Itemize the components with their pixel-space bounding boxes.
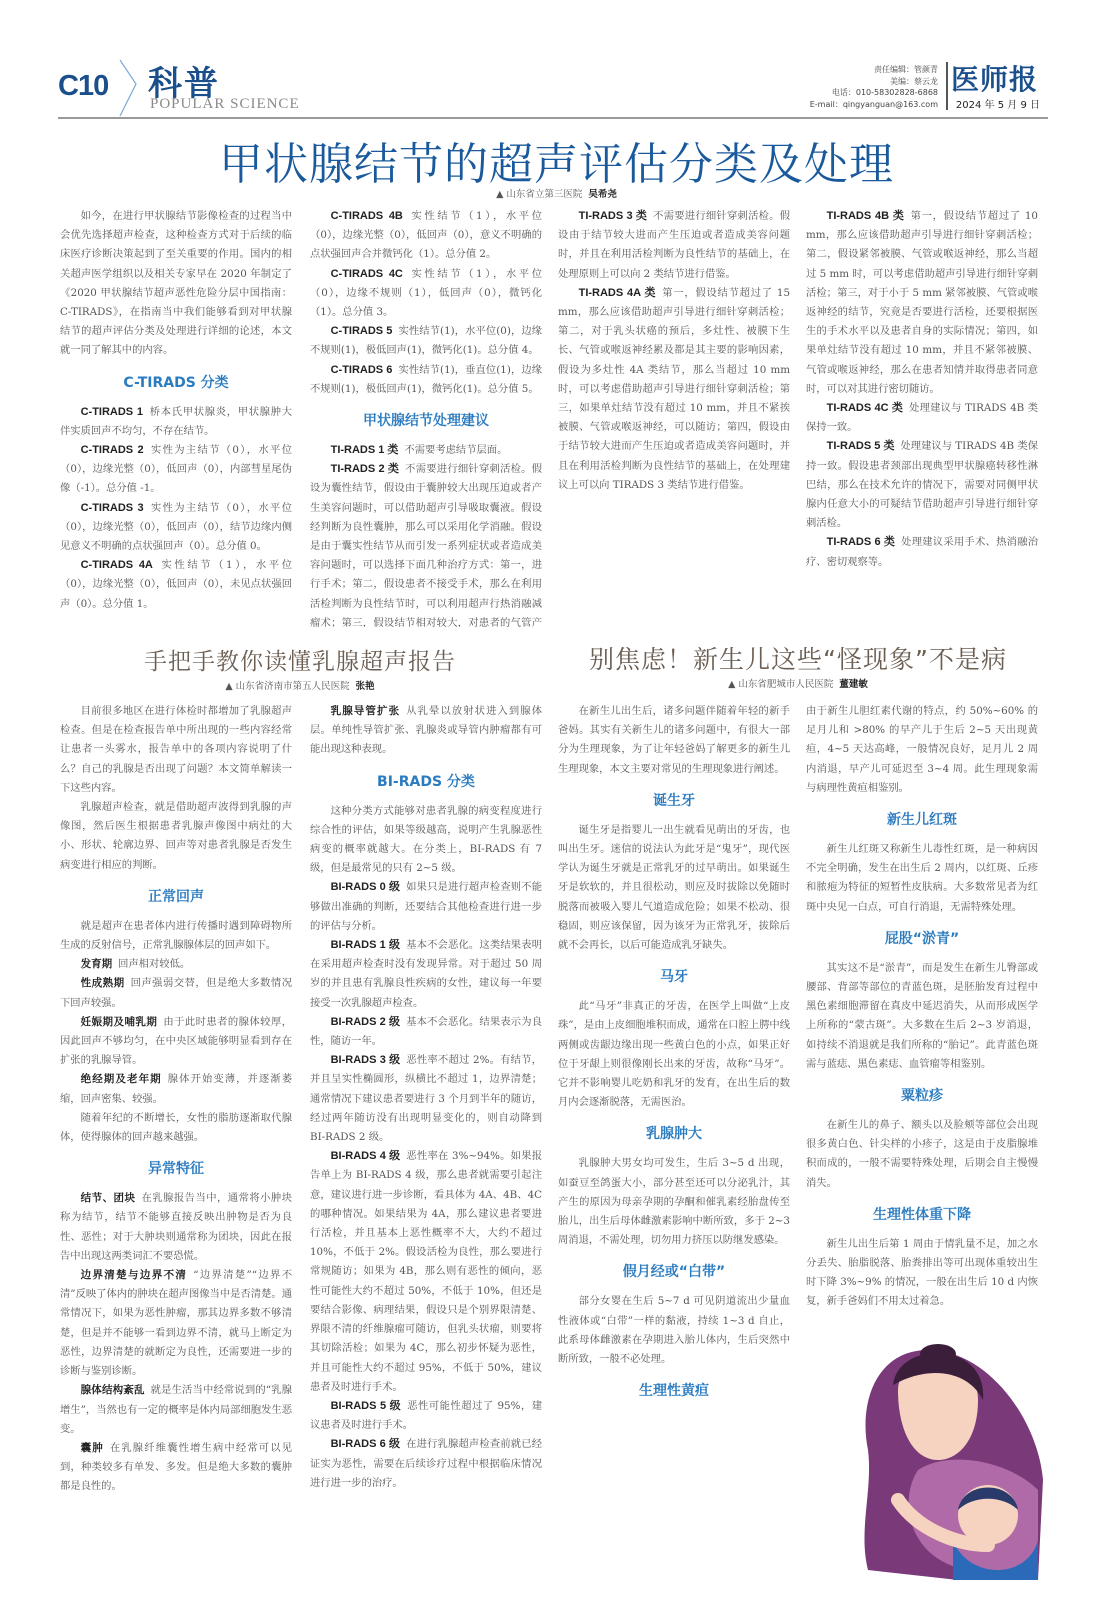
section-heading: 乳腺肿大	[558, 1124, 790, 1144]
tirads-item: TI-RADS 6 类处理建议采用手术、热消融治疗、密切观察等。	[806, 533, 1038, 571]
tirads-item: TI-RADS 5 类处理建议与 TIRADS 4B 类保持一致。假设患者颈部出…	[806, 437, 1038, 533]
byline-org: ▲ 山东省立第三医院	[496, 189, 582, 200]
byline-org: ▲ 山东省济南市第五人民医院	[225, 681, 349, 692]
birads-item: BI-RADS 0 级如果只是进行超声检查则不能够做出准确的判断，还要结合其他检…	[310, 878, 542, 936]
normal-echo-item: 妊娠期及哺乳期由于此时患者的腺体较厚，因此回声不够均匀，在中央区域能够明显看到存…	[60, 1013, 292, 1071]
abnormal-item: 结节、团块在乳腺报告当中，通常将小肿块称为结节，结节不能够直接反映出肿物是否为良…	[60, 1189, 292, 1266]
byline-author: 吴希尧	[588, 189, 617, 200]
section-heading: 生理性黄疸	[558, 1381, 790, 1401]
article1-intro: 如今，在进行甲状腺结节影像检查的过程当中会优先选择超声检查，这种检查方式对于后续…	[60, 207, 292, 361]
credit-phone: 电话：010-58302828-6868	[810, 87, 938, 99]
article1-column-4: TI-RADS 4B 类第一，假设结节超过了 10 mm，那么应该借助超声引导进…	[806, 207, 1038, 627]
article2-title: 手把手教你读懂乳腺超声报告	[60, 643, 540, 676]
section-heading: 新生儿红斑	[806, 810, 1038, 830]
abnormal-item: 腺体结构紊乱就是生活当中经常说到的“乳腺增生”，当然也有一定的概率是体内局部细胞…	[60, 1381, 292, 1439]
tirads-item: TI-RADS 1 类不需要考虑结节层面。	[310, 441, 542, 460]
article1-byline: ▲ 山东省立第三医院吴希尧	[0, 186, 1113, 200]
masthead: C10 科普 POPULAR SCIENCE 责任编辑：管颜青 美编：蔡云龙 电…	[58, 58, 1048, 118]
divider	[946, 62, 948, 110]
section-text: 新生儿出生后第 1 周由于情乳量不足，加之水分丢失、胎脂脱落、胎粪排出等可出现体…	[806, 1235, 1038, 1312]
article3-intro: 在新生儿出生后，诸多问题伴随着年轻的新手爸妈。其实有关新生儿的诸多问题中，有很大…	[558, 702, 790, 779]
abnormal-item: 囊肿在乳腺纤维囊性增生病中经常可以见到，种类较多有单发、多发。但是绝大多数的囊肿…	[60, 1439, 292, 1497]
section-heading: 异常特征	[60, 1159, 292, 1179]
section-subtitle: POPULAR SCIENCE	[150, 96, 300, 113]
section-heading: 诞生牙	[558, 791, 790, 811]
normal-echo-item: 发育期回声相对较低。	[60, 955, 292, 974]
article2-column-2: 乳腺导管扩张从乳晕以放射状进入到腺体层。单纯性导管扩张、乳腺炎或导管内肿瘤都有可…	[310, 702, 542, 1493]
tirads-item: TI-RADS 4A 类第一，假设结节超过了 15 mm，那么应该借助超声引导进…	[558, 284, 790, 495]
normal-echo-outro: 随着年纪的不断增长，女性的脂肪逐渐取代腺体，使得腺体的回声越来越强。	[60, 1109, 292, 1147]
article1-column-2: C-TIRADS 4B实性结节（1），水平位（0），边缘光整（0），低回声（0）…	[310, 207, 542, 627]
birads-item: BI-RADS 3 级恶性率不超过 2%。有结节，并且呈实性椭圆形，纵横比不超过…	[310, 1051, 542, 1147]
ctirads-item: C-TIRADS 3实性为主结节（0），水平位（0），边缘光整（0），低回声（0…	[60, 499, 292, 557]
section-text: 部分女婴在生后 5~7 d 可见阴道流出少量血性液体或“白带”一样的黏液，持续 …	[558, 1292, 790, 1369]
birads-item: BI-RADS 4 级恶性率在 3%~94%。如果报告单上为 BI-RADS 4…	[310, 1147, 542, 1397]
abnormal-item: 边界清楚与边界不清“边界清楚”“边界不清”反映了体内的肿块在超声图像当中是否清楚…	[60, 1266, 292, 1381]
normal-echo-item: 绝经期及老年期腺体开始变薄，并逐渐萎缩，回声密集、较强。	[60, 1070, 292, 1108]
credit-email: E-mail：qingyanguan@163.com	[810, 99, 938, 111]
ctirads-item: C-TIRADS 5实性结节(1)，水平位(0)，边缘不规则(1)，极低回声(1…	[310, 322, 542, 360]
section-heading: 马牙	[558, 967, 790, 987]
ctirads-item: C-TIRADS 1桥本氏甲状腺炎，甲状腺肿大伴实质回声不均匀，不存在结节。	[60, 403, 292, 441]
section-heading: C-TIRADS 分类	[60, 373, 292, 393]
byline-org: ▲ 山东省肥城市人民医院	[728, 679, 833, 690]
section-text: 诞生牙是指婴儿一出生就看见萌出的牙齿，也叫出生牙。迷信的说法认为此牙是“鬼牙”，…	[558, 821, 790, 955]
mother-and-baby-illustration-icon	[838, 1330, 1048, 1590]
credit-editor: 责任编辑：管颜青	[810, 64, 938, 76]
section-heading: 生理性体重下降	[806, 1205, 1038, 1225]
section-text: 新生儿红斑又称新生儿毒性红斑，是一种病因不完全明确，发生在出生后 2 周内，以红…	[806, 840, 1038, 917]
section-heading: BI-RADS 分类	[310, 772, 542, 792]
section-heading: 甲状腺结节处理建议	[310, 411, 542, 431]
normal-echo-item: 性成熟期回声强弱交替，但是绝大多数情况下回声较强。	[60, 974, 292, 1012]
article3-column-2: 由于新生儿胆红素代谢的特点，约 50%~60% 的足月儿和 >80% 的早产儿于…	[806, 702, 1038, 1342]
article2-byline: ▲ 山东省济南市第五人民医院张艳	[60, 678, 540, 692]
section-heading: 粟粒疹	[806, 1086, 1038, 1106]
tirads-item: TI-RADS 4B 类第一，假设结节超过了 10 mm，那么应该借助超声引导进…	[806, 207, 1038, 399]
tirads-item: TI-RADS 2 类不需要进行细针穿刺活检。假设为囊性结节，假设由于囊肿较大出…	[310, 460, 542, 627]
birads-intro: 这种分类方式能够对患者乳腺的病变程度进行综合性的评估，如果等级越高，说明产生乳腺…	[310, 802, 542, 879]
birads-item: BI-RADS 6 级在进行乳腺超声检查前就已经证实为恶性，需要在后续诊疗过程中…	[310, 1435, 542, 1493]
byline-author: 张艳	[356, 681, 375, 692]
tirads-item: TI-RADS 4C 类处理建议与 TIRADS 4B 类保持一致。	[806, 399, 1038, 437]
article1-column-1: 如今，在进行甲状腺结节影像检查的过程当中会优先选择超声检查，这种检查方式对于后续…	[60, 207, 292, 614]
abnormal-item: 乳腺导管扩张从乳晕以放射状进入到腺体层。单纯性导管扩张、乳腺炎或导管内肿瘤都有可…	[310, 702, 542, 760]
birads-item: BI-RADS 1 级基本不会恶化。这类结果表明在采用超声检查时没有发现异常。对…	[310, 936, 542, 1013]
issue-date: 2024 年 5 月 9 日	[956, 96, 1040, 111]
article2-intro-2: 乳腺超声检查，就是借助超声波得到乳腺的声像图，然后医生根据患者乳腺声像图中病灶的…	[60, 798, 292, 875]
article3-byline: ▲ 山东省肥城市人民医院董建敏	[558, 676, 1038, 690]
page-number: C10	[58, 70, 108, 103]
newspaper-logo: 医师报	[951, 58, 1038, 98]
credit-designer: 美编：蔡云龙	[810, 76, 938, 88]
masthead-rule	[58, 117, 1048, 119]
section-text: 在新生儿的鼻子、额头以及脸颊等部位会出现很多黄白色、针尖样的小疹子，这是由于皮脂…	[806, 1116, 1038, 1193]
editor-credits: 责任编辑：管颜青 美编：蔡云龙 电话：010-58302828-6868 E-m…	[810, 64, 938, 110]
article1-column-3: TI-RADS 3 类不需要进行细针穿刺活检。假设由于结节较大进而产生压迫或者造…	[558, 207, 790, 627]
article2-intro: 目前很多地区在进行体检时都增加了乳腺超声检查。但是在检查报告单中所出现的一些内容…	[60, 702, 292, 798]
birads-item: BI-RADS 5 级恶性可能性超过了 95%，建议患者及时进行手术。	[310, 1397, 542, 1435]
section-text: 此“马牙”非真正的牙齿，在医学上叫做“上皮珠”，是由上皮细胞堆积而成，通常在口腔…	[558, 997, 790, 1112]
ctirads-item: C-TIRADS 4C实性结节（1），水平位（0），边缘不规则（1），低回声（0…	[310, 265, 542, 323]
section-heading: 假月经或“白带”	[558, 1262, 790, 1282]
ctirads-item: C-TIRADS 2实性为主结节（0），水平位（0），边缘光整（0），低回声（0…	[60, 441, 292, 499]
section-heading: 屁股“淤青”	[806, 929, 1038, 949]
article1-title: 甲状腺结节的超声评估分类及处理	[0, 128, 1113, 192]
ctirads-item: C-TIRADS 4B实性结节（1），水平位（0），边缘光整（0），低回声（0）…	[310, 207, 542, 265]
byline-author: 董建敏	[839, 679, 868, 690]
birads-item: BI-RADS 2 级基本不会恶化。结果表示为良性，随访一年。	[310, 1013, 542, 1051]
section-text: 由于新生儿胆红素代谢的特点，约 50%~60% 的足月儿和 >80% 的早产儿于…	[806, 702, 1038, 798]
chevron-right-icon	[118, 58, 140, 118]
tirads-item: TI-RADS 3 类不需要进行细针穿刺活检。假设由于结节较大进而产生压迫或者造…	[558, 207, 790, 284]
section-heading: 正常回声	[60, 887, 292, 907]
article3-column-1: 在新生儿出生后，诸多问题伴随着年轻的新手爸妈。其实有关新生儿的诸多问题中，有很大…	[558, 702, 790, 1411]
ctirads-item: C-TIRADS 6实性结节(1)，垂直位(1)，边缘不规则(1)，极低回声(1…	[310, 361, 542, 399]
article2-column-1: 目前很多地区在进行体检时都增加了乳腺超声检查。但是在检查报告单中所出现的一些内容…	[60, 702, 292, 1497]
section-text: 其实这不是“淤青”，而是发生在新生儿臀部或腰部、背部等部位的青蓝色斑，是胚胎发育…	[806, 959, 1038, 1074]
article3-title: 别焦虑！新生儿这些“怪现象”不是病	[558, 640, 1038, 676]
normal-echo-intro: 就是超声在患者体内进行传播时遇到障碍物所生成的反射信号，正常乳腺腺体层的回声如下…	[60, 917, 292, 955]
ctirads-item: C-TIRADS 4A实性结节（1），水平位（0），边缘光整（0），低回声（0）…	[60, 556, 292, 614]
section-text: 乳腺肿大男女均可发生，生后 3~5 d 出现，如蚕豆至鸽蛋大小，部分甚至还可以分…	[558, 1154, 790, 1250]
